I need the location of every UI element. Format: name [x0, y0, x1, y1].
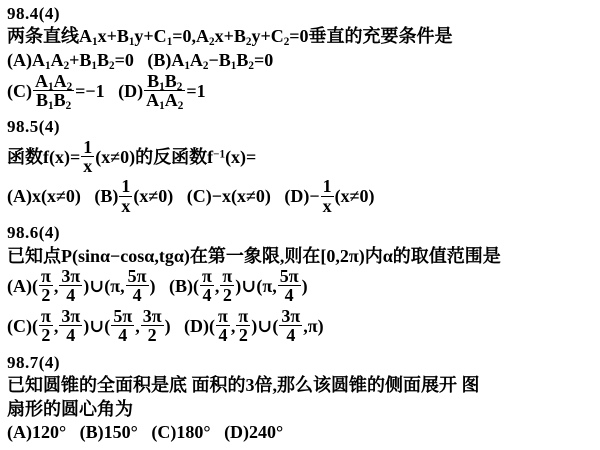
fraction-numerator: π	[200, 267, 214, 286]
subscript: 2	[109, 60, 115, 72]
problem-section: 98.5(4)函数f(x)=1x(x≠0)的反函数f−1(x)=(A)x(x≠0…	[7, 116, 594, 218]
fraction-numerator: B1B2	[144, 72, 185, 91]
subscript: 1	[48, 100, 54, 112]
fraction: 5π4	[126, 267, 149, 305]
text-line: (C)(π2,3π4)∪(5π4,3π2) (D)(π4,π2)∪(3π4,π)	[7, 308, 594, 348]
exam-document: 98.4(4)两条直线A1x+B1y+C1=0,A2x+B2y+C2=0垂直的充…	[0, 0, 600, 445]
subscript: 1	[167, 37, 173, 49]
problem-number: 98.4(4)	[7, 3, 594, 25]
subscript: 1	[159, 100, 165, 112]
fraction: π2	[39, 267, 53, 305]
fraction-numerator: 3π	[141, 307, 164, 326]
problem-section: 98.4(4)两条直线A1x+B1y+C1=0,A2x+B2y+C2=0垂直的充…	[7, 3, 594, 112]
fraction: 1x	[119, 177, 132, 215]
text-line: (A)x(x≠0) (B)1x(x≠0) (C)−x(x≠0) (D)−1x(x…	[7, 178, 594, 218]
subscript: 1	[91, 60, 97, 72]
fraction: π4	[216, 307, 230, 345]
fraction-numerator: π	[220, 267, 234, 286]
fraction-numerator: 1	[119, 177, 132, 196]
superscript: −1	[213, 148, 225, 160]
problem-section: 98.6(4)已知点P(sinα−cosα,tgα)在第一象限,则在[0,2π)…	[7, 222, 594, 347]
fraction-numerator: 3π	[279, 307, 302, 326]
fraction-denominator: A1A2	[144, 91, 185, 109]
fraction-denominator: 4	[200, 286, 214, 304]
fraction-numerator: 1	[321, 177, 334, 196]
fraction-denominator: 2	[220, 286, 234, 304]
fraction: 1x	[81, 138, 94, 176]
fraction-denominator: 2	[141, 326, 164, 344]
problem-number: 98.7(4)	[7, 352, 594, 374]
fraction-denominator: x	[119, 197, 132, 215]
problem-section: 98.7(4)已知圆锥的全面积是底 面积的3倍,那么该圆锥的侧面展开 图扇形的圆…	[7, 352, 594, 445]
fraction-denominator: 4	[111, 326, 134, 344]
fraction-numerator: 3π	[59, 307, 82, 326]
fraction: π4	[200, 267, 214, 305]
text-line: (A)120° (B)150° (C)180° (D)240°	[7, 421, 594, 445]
fraction: 3π2	[141, 307, 164, 345]
fraction-denominator: 4	[59, 286, 82, 304]
text-line: 两条直线A1x+B1y+C1=0,A2x+B2y+C2=0垂直的充要条件是	[7, 25, 594, 49]
fraction: 3π4	[59, 267, 82, 305]
text-line: 扇形的圆心角为	[7, 398, 594, 422]
subscript: 1	[129, 37, 135, 49]
fraction: 1x	[321, 177, 334, 215]
fraction-denominator: 4	[216, 326, 230, 344]
fraction-numerator: 5π	[111, 307, 134, 326]
fraction-denominator: 4	[59, 326, 82, 344]
fraction-numerator: π	[216, 307, 230, 326]
subscript: 2	[284, 37, 290, 49]
text-line: 已知点P(sinα−cosα,tgα)在第一象限,则在[0,2π)内α的取值范围…	[7, 245, 594, 269]
fraction-numerator: 1	[81, 138, 94, 157]
fraction-numerator: 5π	[126, 267, 149, 286]
fraction-denominator: 2	[39, 326, 53, 344]
fraction: π2	[236, 307, 250, 345]
text-line: (C)A1A2B1B2=−1 (D)B1B2A1A2=1	[7, 73, 594, 113]
fraction-numerator: π	[39, 267, 53, 286]
text-line: (A)A1A2+B1B2=0 (B)A1A2−B1B2=0	[7, 49, 594, 73]
problem-number: 98.6(4)	[7, 222, 594, 244]
fraction-denominator: 4	[126, 286, 149, 304]
fraction: 3π4	[59, 307, 82, 345]
subscript: 2	[203, 60, 209, 72]
fraction: 5π4	[278, 267, 301, 305]
fraction-denominator: x	[81, 157, 94, 175]
subscript: 1	[92, 37, 98, 49]
fraction-numerator: 3π	[59, 267, 82, 286]
fraction: B1B2A1A2	[144, 72, 185, 110]
subscript: 2	[178, 100, 184, 112]
fraction-numerator: 5π	[278, 267, 301, 286]
subscript: 2	[248, 60, 254, 72]
fraction: A1A2B1B2	[33, 72, 74, 110]
fraction-numerator: A1A2	[33, 72, 74, 91]
subscript: 2	[209, 37, 215, 49]
fraction: π2	[220, 267, 234, 305]
text-line: (A)(π2,3π4)∪(π,5π4) (B)(π4,π2)∪(π,5π4)	[7, 268, 594, 308]
text-line: 函数f(x)=1x(x≠0)的反函数f−1(x)=	[7, 139, 594, 179]
fraction-denominator: 2	[39, 286, 53, 304]
problem-number: 98.5(4)	[7, 116, 594, 138]
fraction-numerator: π	[236, 307, 250, 326]
fraction-numerator: π	[39, 307, 53, 326]
fraction-denominator: 4	[278, 286, 301, 304]
fraction: π2	[39, 307, 53, 345]
document-body: 98.4(4)两条直线A1x+B1y+C1=0,A2x+B2y+C2=0垂直的充…	[7, 3, 594, 445]
fraction-denominator: B1B2	[33, 91, 74, 109]
subscript: 2	[246, 37, 252, 49]
fraction: 3π4	[279, 307, 302, 345]
fraction-denominator: 4	[279, 326, 302, 344]
fraction: 5π4	[111, 307, 134, 345]
subscript: 1	[231, 60, 237, 72]
subscript: 1	[184, 60, 190, 72]
text-line: 已知圆锥的全面积是底 面积的3倍,那么该圆锥的侧面展开 图	[7, 374, 594, 398]
subscript: 2	[66, 100, 72, 112]
fraction-denominator: x	[321, 197, 334, 215]
fraction-denominator: 2	[236, 326, 250, 344]
